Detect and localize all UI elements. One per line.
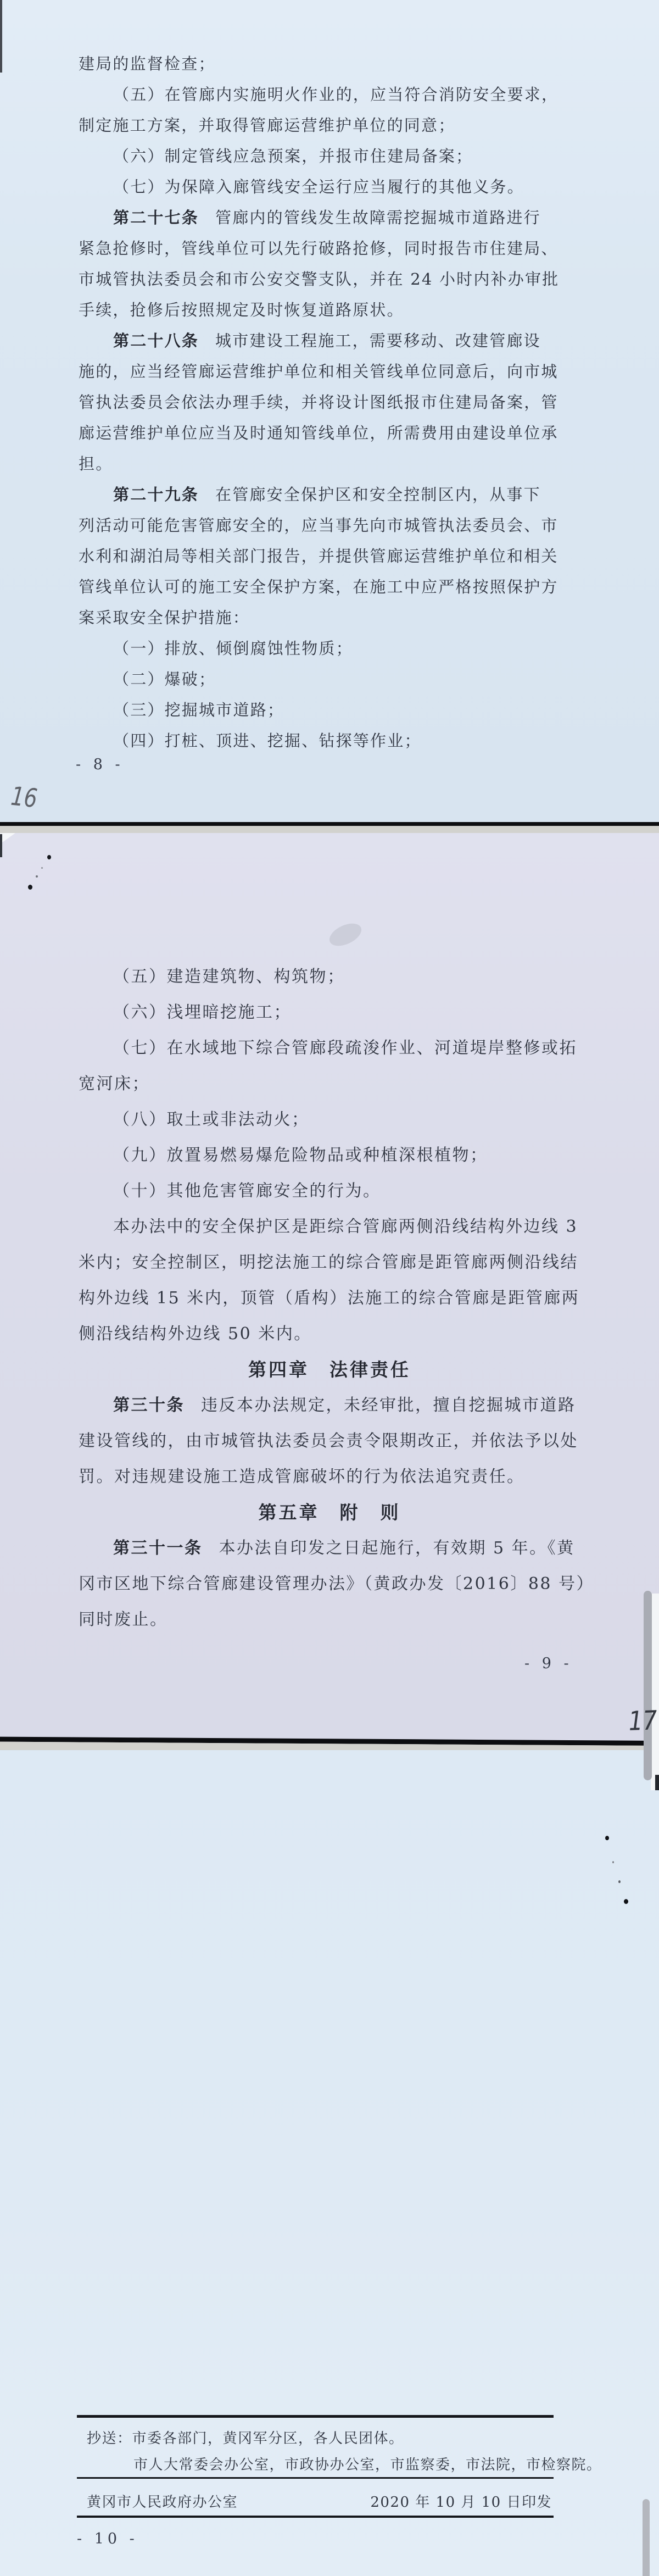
line-text: 第五章 附 则 — [259, 1502, 401, 1523]
scan-smudge — [326, 919, 365, 950]
footer-rule-bottom — [77, 2516, 554, 2518]
ink-speck — [612, 1861, 614, 1863]
chapter-heading: 第四章 法律责任 — [79, 1352, 580, 1387]
page-number: - 8 - — [76, 756, 124, 773]
text-line: （九）放置易燃易爆危险物品或种植深根植物； — [79, 1137, 580, 1173]
ink-speck — [41, 867, 43, 869]
line-text: 罚。对违规建设施工造成管廊破坏的行为依法追究责任。 — [79, 1467, 525, 1486]
text-line: （七）为保障入廊管线安全运行应当履行的其他义务。 — [79, 171, 580, 202]
page-number: - 9 - — [524, 1655, 573, 1672]
line-text: 制定施工方案，并取得管廊运营维护单位的同意； — [79, 116, 455, 135]
page-8-lines: 建局的监督检查；（五）在管廊内实施明火作业的，应当符合消防安全要求，制定施工方案… — [79, 48, 580, 756]
text-line: 第二十九条在管廊安全保护区和安全控制区内，从事下 — [79, 479, 580, 510]
text-line: 列活动可能危害管廊安全的，应当事先向市城管执法委员会、市 — [79, 510, 580, 541]
line-text: （八）取土或非法动火； — [113, 1110, 310, 1129]
text-line: 管线单位认可的施工安全保护方案，在施工中应严格按照保护方 — [79, 571, 580, 602]
text-line: 本办法中的安全保护区是距综合管廊两侧沿线结构外边线 3 — [79, 1209, 580, 1245]
ink-speck — [605, 1836, 609, 1840]
line-text: （三）挖掘城市道路； — [113, 701, 284, 719]
page-break-line — [0, 822, 659, 826]
line-text: 案采取安全保护措施： — [79, 608, 250, 627]
text-line: （八）取土或非法动火； — [79, 1102, 580, 1137]
text-line: 宽河床； — [79, 1066, 580, 1102]
line-text: （一）排放、倾倒腐蚀性物质； — [113, 639, 353, 658]
text-line: 市城管执法委员会和市公安交警支队，并在 24 小时内补办审批 — [79, 264, 580, 295]
article-number: 第三十一条 — [113, 1539, 203, 1558]
text-line: （五）在管廊内实施明火作业的，应当符合消防安全要求， — [79, 79, 580, 110]
scan-edge-artifact — [0, 834, 2, 857]
footer-rule-middle — [77, 2477, 554, 2479]
line-text: （四）打桩、顶进、挖掘、钻探等作业； — [113, 731, 422, 750]
scan-edge-artifact — [0, 0, 2, 73]
line-text: 市城管执法委员会和市公安交警支队，并在 24 小时内补办审批 — [79, 270, 559, 288]
ink-speck — [624, 1899, 628, 1904]
text-line: 第三十一条本办法自印发之日起施行，有效期 5 年。《黄 — [79, 1530, 580, 1566]
scanned-document-canvas: { "pages": [ { "name": "page-8", "tint":… — [0, 0, 659, 2576]
line-text: 违反本办法规定，未经审批，擅自挖掘城市道路 — [201, 1396, 576, 1415]
chapter-heading: 第五章 附 则 — [79, 1495, 580, 1530]
line-text: 廊运营维护单位应当及时通知管线单位，所需费用由建设单位承 — [79, 424, 559, 442]
footer-rule-top — [77, 2415, 554, 2418]
line-text: 冈市区地下综合管廊建设管理办法》（黄政办发〔2016〕88 号） — [79, 1574, 594, 1594]
line-text: 建局的监督检查； — [79, 54, 216, 73]
page-9-lines: （五）建造建筑物、构筑物；（六）浅埋暗挖施工；（七）在水域地下综合管廊段疏浚作业… — [79, 959, 580, 1637]
ink-speck — [36, 875, 38, 878]
text-line: 罚。对违规建设施工造成管廊破坏的行为依法追究责任。 — [79, 1459, 580, 1495]
article-number: 第二十八条 — [113, 331, 199, 350]
line-text: 构外边线 15 米内，顶管（盾构）法施工的综合管廊是距管廊两 — [79, 1289, 579, 1308]
text-line: 担。 — [79, 448, 580, 479]
text-line: （六）浅埋暗挖施工； — [79, 995, 580, 1030]
line-text: 同时废止。 — [79, 1610, 168, 1629]
line-text: 本办法自印发之日起施行，有效期 5 年。《黄 — [219, 1539, 575, 1558]
line-text: （七）在水域地下综合管廊段疏浚作业、河道堤岸整修或拓 — [113, 1039, 577, 1058]
handwritten-note: 16 — [9, 781, 38, 814]
line-text: 宽河床； — [79, 1074, 150, 1093]
article-number: 第二十九条 — [113, 485, 199, 504]
text-line: 冈市区地下综合管廊建设管理办法》（黄政办发〔2016〕88 号） — [79, 1566, 580, 1602]
line-text: 紧急抢修时，管线单位可以先行破路抢修，同时报告市住建局、 — [79, 239, 559, 258]
line-text: 水利和湖泊局等相关部门报告，并提供管廊运营维护单位和相关 — [79, 547, 559, 565]
issuing-office: 黄冈市人民政府办公室 — [87, 2491, 238, 2511]
ink-speck — [47, 855, 51, 859]
text-line: 手续，抢修后按照规定及时恢复道路原状。 — [79, 295, 580, 325]
text-line: 案采取安全保护措施： — [79, 602, 580, 633]
line-text: 管执法委员会依法办理手续，并将设计图纸报市住建局备案，管 — [79, 393, 559, 412]
line-text: 管廊内的管线发生故障需挖掘城市道路进行 — [215, 208, 541, 227]
text-line: 米内；安全控制区，明挖法施工的综合管廊是距管廊两侧沿线结 — [79, 1245, 580, 1280]
ink-speck — [28, 885, 32, 890]
text-line: （六）制定管线应急预案，并报市住建局备案； — [79, 141, 580, 171]
text-line: （十）其他危害管廊安全的行为。 — [79, 1173, 580, 1209]
line-text: 列活动可能危害管廊安全的，应当事先向市城管执法委员会、市 — [79, 516, 559, 535]
line-text: 管线单位认可的施工安全保护方案，在施工中应严格按照保护方 — [79, 578, 559, 596]
text-line: （四）打桩、顶进、挖掘、钻探等作业； — [79, 725, 580, 756]
article-number: 第三十条 — [113, 1396, 185, 1415]
cc-list-line1: 抄送：市委各部门，黄冈军分区，各人民团体。 — [87, 2427, 404, 2447]
document-page-10: 抄送：市委各部门，黄冈军分区，各人民团体。 市人大常委会办公室，市政协办公室，市… — [0, 1750, 659, 2576]
line-text: （五）建造建筑物、构筑物； — [113, 967, 345, 986]
line-text: 城市建设工程施工，需要移动、改建管廊设 — [215, 331, 541, 350]
line-text: 手续，抢修后按照规定及时恢复道路原状。 — [79, 301, 404, 319]
text-line: （三）挖掘城市道路； — [79, 695, 580, 725]
cc-list-line2: 市人大常委会办公室，市政协办公室，市监察委，市法院，市检察院。 — [133, 2453, 602, 2474]
text-line: 施的，应当经管廊运营维护单位和相关管线单位同意后，向市城 — [79, 356, 580, 387]
handwritten-note: 17 — [628, 1705, 658, 1737]
text-line: 第三十条违反本办法规定，未经审批，擅自挖掘城市道路 — [79, 1387, 580, 1423]
document-page-8: 建局的监督检查；（五）在管廊内实施明火作业的，应当符合消防安全要求，制定施工方案… — [0, 0, 659, 822]
text-line: 侧沿线结构外边线 50 米内。 — [79, 1316, 580, 1352]
text-line: 制定施工方案，并取得管廊运营维护单位的同意； — [79, 110, 580, 141]
line-text: （五）在管廊内实施明火作业的，应当符合消防安全要求， — [113, 85, 559, 104]
line-text: 施的，应当经管廊运营维护单位和相关管线单位同意后，向市城 — [79, 362, 559, 381]
article-number: 第二十七条 — [113, 208, 199, 227]
text-line: （一）排放、倾倒腐蚀性物质； — [79, 633, 580, 664]
line-text: 在管廊安全保护区和安全控制区内，从事下 — [215, 485, 541, 504]
line-text: （十）其他危害管廊安全的行为。 — [113, 1181, 381, 1201]
text-line: 紧急抢修时，管线单位可以先行破路抢修，同时报告市住建局、 — [79, 233, 580, 264]
line-text: （六）制定管线应急预案，并报市住建局备案； — [113, 147, 473, 165]
line-text: 第四章 法律责任 — [248, 1359, 411, 1380]
scrollbar-thumb-artifact[interactable] — [643, 2499, 650, 2576]
print-date: 2020 年 10 月 10 日印发 — [370, 2491, 552, 2511]
scan-gap — [0, 826, 659, 833]
text-line: 第二十七条管廊内的管线发生故障需挖掘城市道路进行 — [79, 202, 580, 233]
line-text: （七）为保障入廊管线安全运行应当履行的其他义务。 — [113, 177, 524, 196]
text-line: （五）建造建筑物、构筑物； — [79, 959, 580, 995]
page-number: - 10 - — [77, 2530, 138, 2547]
text-line: （二）爆破； — [79, 664, 580, 695]
line-text: 本办法中的安全保护区是距综合管廊两侧沿线结构外边线 3 — [113, 1217, 578, 1236]
text-line: 管执法委员会依法办理手续，并将设计图纸报市住建局备案，管 — [79, 387, 580, 418]
text-line: 同时废止。 — [79, 1602, 580, 1637]
scan-corner-artifact — [0, 833, 15, 844]
document-page-9: （五）建造建筑物、构筑物；（六）浅埋暗挖施工；（七）在水域地下综合管廊段疏浚作业… — [0, 833, 659, 1744]
line-text: 建设管线的，由市城管执法委员会责令限期改正，并依法予以处 — [79, 1431, 578, 1451]
text-line: （七）在水域地下综合管廊段疏浚作业、河道堤岸整修或拓 — [79, 1030, 580, 1066]
ink-speck — [618, 1880, 621, 1883]
text-line: 构外边线 15 米内，顶管（盾构）法施工的综合管廊是距管廊两 — [79, 1280, 580, 1316]
scrollbar-thumb-artifact[interactable] — [644, 1591, 652, 1780]
text-line: 建设管线的，由市城管执法委员会责令限期改正，并依法予以处 — [79, 1423, 580, 1459]
line-text: （六）浅埋暗挖施工； — [113, 1003, 292, 1022]
line-text: 米内；安全控制区，明挖法施工的综合管廊是距管廊两侧沿线结 — [79, 1253, 578, 1272]
line-text: （二）爆破； — [113, 670, 216, 689]
line-text: 侧沿线结构外边线 50 米内。 — [79, 1324, 312, 1343]
text-line: 廊运营维护单位应当及时通知管线单位，所需费用由建设单位承 — [79, 418, 580, 448]
line-text: 担。 — [79, 454, 113, 473]
line-text: （九）放置易燃易爆危险物品或种植深根植物； — [113, 1146, 488, 1165]
text-line: 水利和湖泊局等相关部门报告，并提供管廊运营维护单位和相关 — [79, 541, 580, 571]
text-line: 建局的监督检查； — [79, 48, 580, 79]
scan-edge-artifact — [652, 1594, 659, 1775]
text-line: 第二十八条城市建设工程施工，需要移动、改建管廊设 — [79, 325, 580, 356]
